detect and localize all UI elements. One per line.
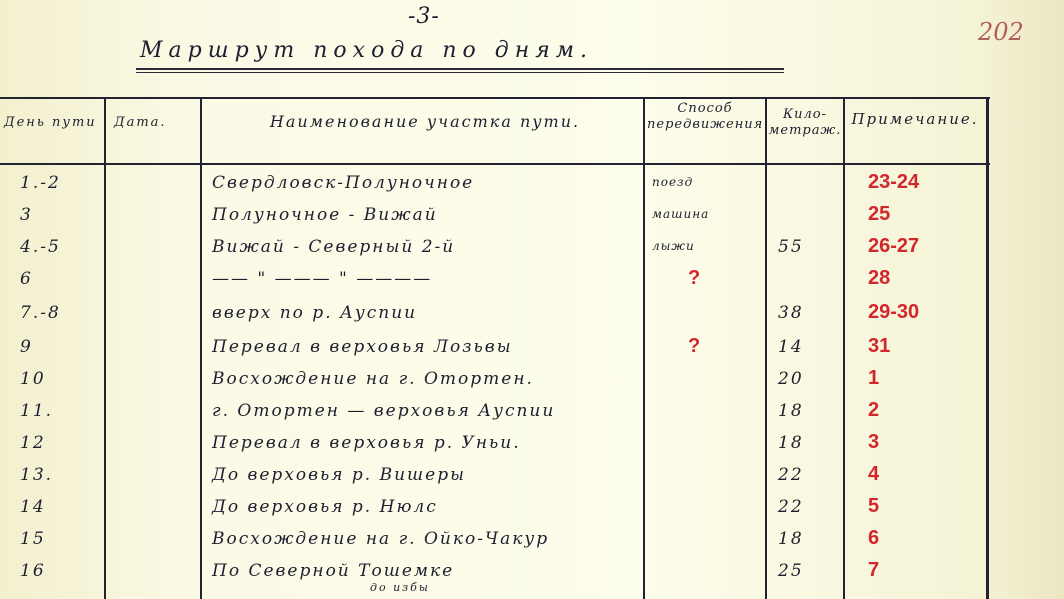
row-day: 3 [20, 205, 33, 225]
row-day: 13. [20, 465, 53, 485]
row-note-red: 28 [868, 267, 890, 290]
column-divider [200, 97, 202, 599]
row-section: Восхождение на г. Отортен. [212, 369, 534, 389]
row-method: машина [652, 207, 709, 221]
row-note-red: 25 [868, 203, 890, 226]
header-notes: Примечание. [847, 109, 983, 129]
row-note-red: 4 [868, 463, 879, 486]
route-table: День пути Дата. Наименование участка пут… [0, 97, 990, 599]
row-section: Вижай - Северный 2-й [212, 237, 455, 257]
row-day: 7.-8 [20, 303, 61, 323]
row-day: 11. [20, 401, 53, 421]
row-day: 1.-2 [20, 173, 61, 193]
row-section: По Северной Тошемке [212, 561, 454, 581]
row-day: 12 [20, 433, 46, 453]
title-underline [136, 68, 784, 70]
row-section: Восхождение на г. Ойко-Чакур [212, 529, 549, 549]
row-note-red: 3 [868, 431, 879, 454]
column-divider [843, 97, 845, 599]
row-section: —— " ——— " ———— [212, 269, 432, 289]
table-top-border [0, 97, 990, 99]
row-note-red: 5 [868, 495, 879, 518]
row-method: поезд [652, 175, 693, 189]
row-km: 18 [778, 529, 804, 549]
row-km: 18 [778, 401, 804, 421]
question-mark: ? [688, 335, 700, 358]
row-section: Перевал в верховья р. Уньи. [212, 433, 521, 453]
row-note-red: 1 [868, 367, 879, 390]
row-km: 22 [778, 497, 804, 517]
row-km: 55 [778, 237, 804, 257]
column-divider [643, 97, 645, 599]
row-section: г. Отортен — верховья Ауспии [212, 401, 555, 421]
row-note-red: 23-24 [868, 171, 919, 194]
row-day: 15 [20, 529, 46, 549]
row-method: лыжи [652, 239, 695, 253]
header-km: Кило-метраж. [767, 107, 843, 139]
document-title: Маршрут похода по дням. [140, 38, 593, 63]
row-section: Полуночное - Вижай [212, 205, 438, 225]
row-day: 9 [20, 337, 33, 357]
page-number: -3- [408, 4, 440, 29]
row-note-red: 29-30 [868, 301, 919, 324]
row-note-red: 7 [868, 559, 879, 582]
header-section: Наименование участка пути. [210, 111, 640, 133]
row-section: До верховья р. Нюлс [212, 497, 438, 517]
table-right-border [986, 97, 989, 599]
row-note-red: 31 [868, 335, 890, 358]
header-method: Способ передвижения [647, 101, 763, 133]
row-section: До верховья р. Вишеры [212, 465, 466, 485]
row-km: 20 [778, 369, 804, 389]
column-divider [765, 97, 767, 599]
header-bottom-border [0, 163, 990, 165]
row-day: 10 [20, 369, 46, 389]
row-section: Свердловск-Полуночное [212, 173, 474, 193]
row-km: 22 [778, 465, 804, 485]
question-mark: ? [688, 267, 700, 290]
header-day: День пути [4, 115, 100, 131]
row-km: 14 [778, 337, 804, 357]
column-divider [104, 97, 106, 599]
row-km: 18 [778, 433, 804, 453]
title-underline [136, 72, 784, 73]
row-note-red: 2 [868, 399, 879, 422]
row-day: 6 [20, 269, 33, 289]
row-km: 38 [778, 303, 804, 323]
row-section-sub: до избы [370, 581, 430, 594]
row-km: 25 [778, 561, 804, 581]
row-day: 14 [20, 497, 46, 517]
row-note-red: 26-27 [868, 235, 919, 258]
row-section: вверх по р. Ауспии [212, 303, 417, 323]
row-section: Перевал в верховья Лозьвы [212, 337, 513, 357]
row-note-red: 6 [868, 527, 879, 550]
row-day: 4.-5 [20, 237, 61, 257]
header-date: Дата. [114, 115, 194, 131]
row-day: 16 [20, 561, 46, 581]
archive-page-number: 202 [978, 18, 1024, 46]
